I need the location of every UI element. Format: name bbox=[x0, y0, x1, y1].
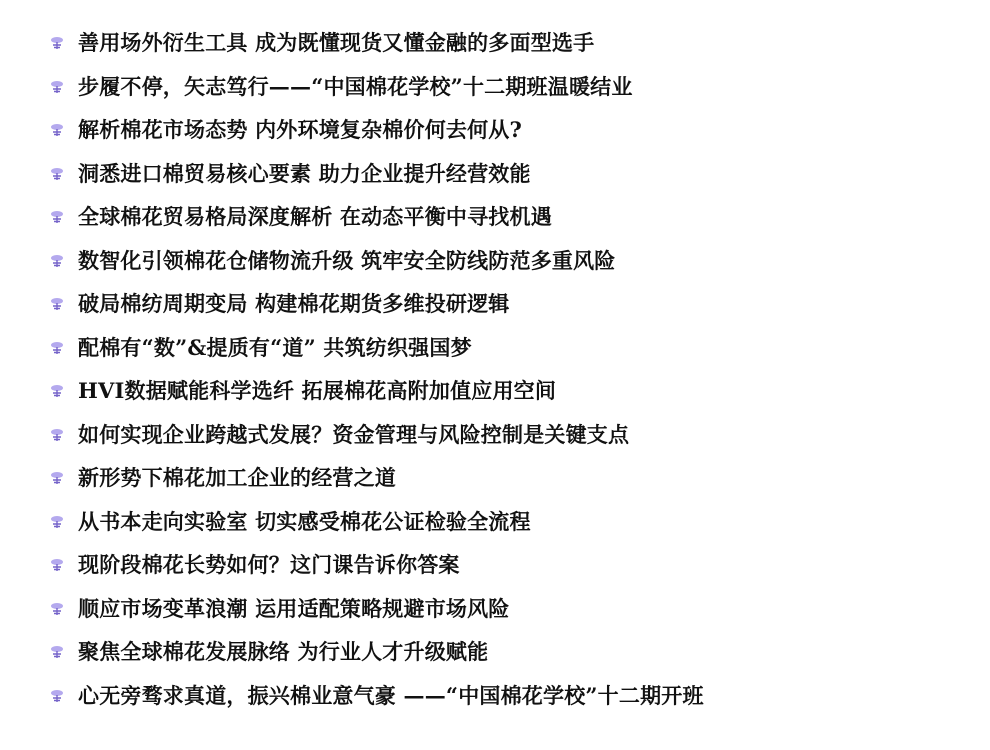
article-link[interactable]: 洞悉进口棉贸易核心要素 助力企业提升经营效能 bbox=[78, 161, 531, 187]
bullet-icon bbox=[50, 428, 64, 442]
article-link[interactable]: HVI数据赋能科学选纤 拓展棉花高附加值应用空间 bbox=[78, 378, 556, 404]
article-link[interactable]: 顺应市场变革浪潮 运用适配策略规避市场风险 bbox=[78, 596, 510, 622]
article-link[interactable]: 聚焦全球棉花发展脉络 为行业人才升级赋能 bbox=[78, 639, 488, 665]
article-link[interactable]: 从书本走向实验室 切实感受棉花公证检验全流程 bbox=[78, 509, 531, 535]
bullet-icon bbox=[50, 689, 64, 703]
bullet-icon bbox=[50, 297, 64, 311]
bullet-icon bbox=[50, 80, 64, 94]
bullet-icon bbox=[50, 341, 64, 355]
article-link[interactable]: 现阶段棉花长势如何？这门课告诉你答案 bbox=[78, 552, 460, 578]
bullet-icon bbox=[50, 123, 64, 137]
article-link[interactable]: 配棉有“数”&提质有“道” 共筑纺织强国梦 bbox=[78, 335, 472, 361]
bullet-icon bbox=[50, 36, 64, 50]
bullet-icon bbox=[50, 558, 64, 572]
bullet-icon bbox=[50, 210, 64, 224]
article-link[interactable]: 如何实现企业跨越式发展？资金管理与风险控制是关键支点 bbox=[78, 422, 629, 448]
bullet-icon bbox=[50, 515, 64, 529]
article-link[interactable]: 全球棉花贸易格局深度解析 在动态平衡中寻找机遇 bbox=[78, 204, 552, 230]
bullet-icon bbox=[50, 254, 64, 268]
bullet-icon bbox=[50, 645, 64, 659]
article-link[interactable]: 新形势下棉花加工企业的经营之道 bbox=[78, 465, 396, 491]
bullet-icon bbox=[50, 602, 64, 616]
bullet-icon bbox=[50, 167, 64, 181]
bullet-icon bbox=[50, 471, 64, 485]
article-link[interactable]: 破局棉纺周期变局 构建棉花期货多维投研逻辑 bbox=[78, 291, 510, 317]
article-link[interactable]: 解析棉花市场态势 内外环境复杂棉价何去何从? bbox=[78, 117, 522, 143]
article-link[interactable]: 心无旁骛求真道，振兴棉业意气豪 ——“中国棉花学校”十二期开班 bbox=[78, 683, 704, 709]
article-link[interactable]: 数智化引领棉花仓储物流升级 筑牢安全防线防范多重风险 bbox=[78, 248, 616, 274]
article-link[interactable]: 善用场外衍生工具 成为既懂现货又懂金融的多面型选手 bbox=[78, 30, 594, 56]
article-link[interactable]: 步履不停，矢志笃行——“中国棉花学校”十二期班温暖结业 bbox=[78, 74, 633, 100]
bullet-icon bbox=[50, 384, 64, 398]
